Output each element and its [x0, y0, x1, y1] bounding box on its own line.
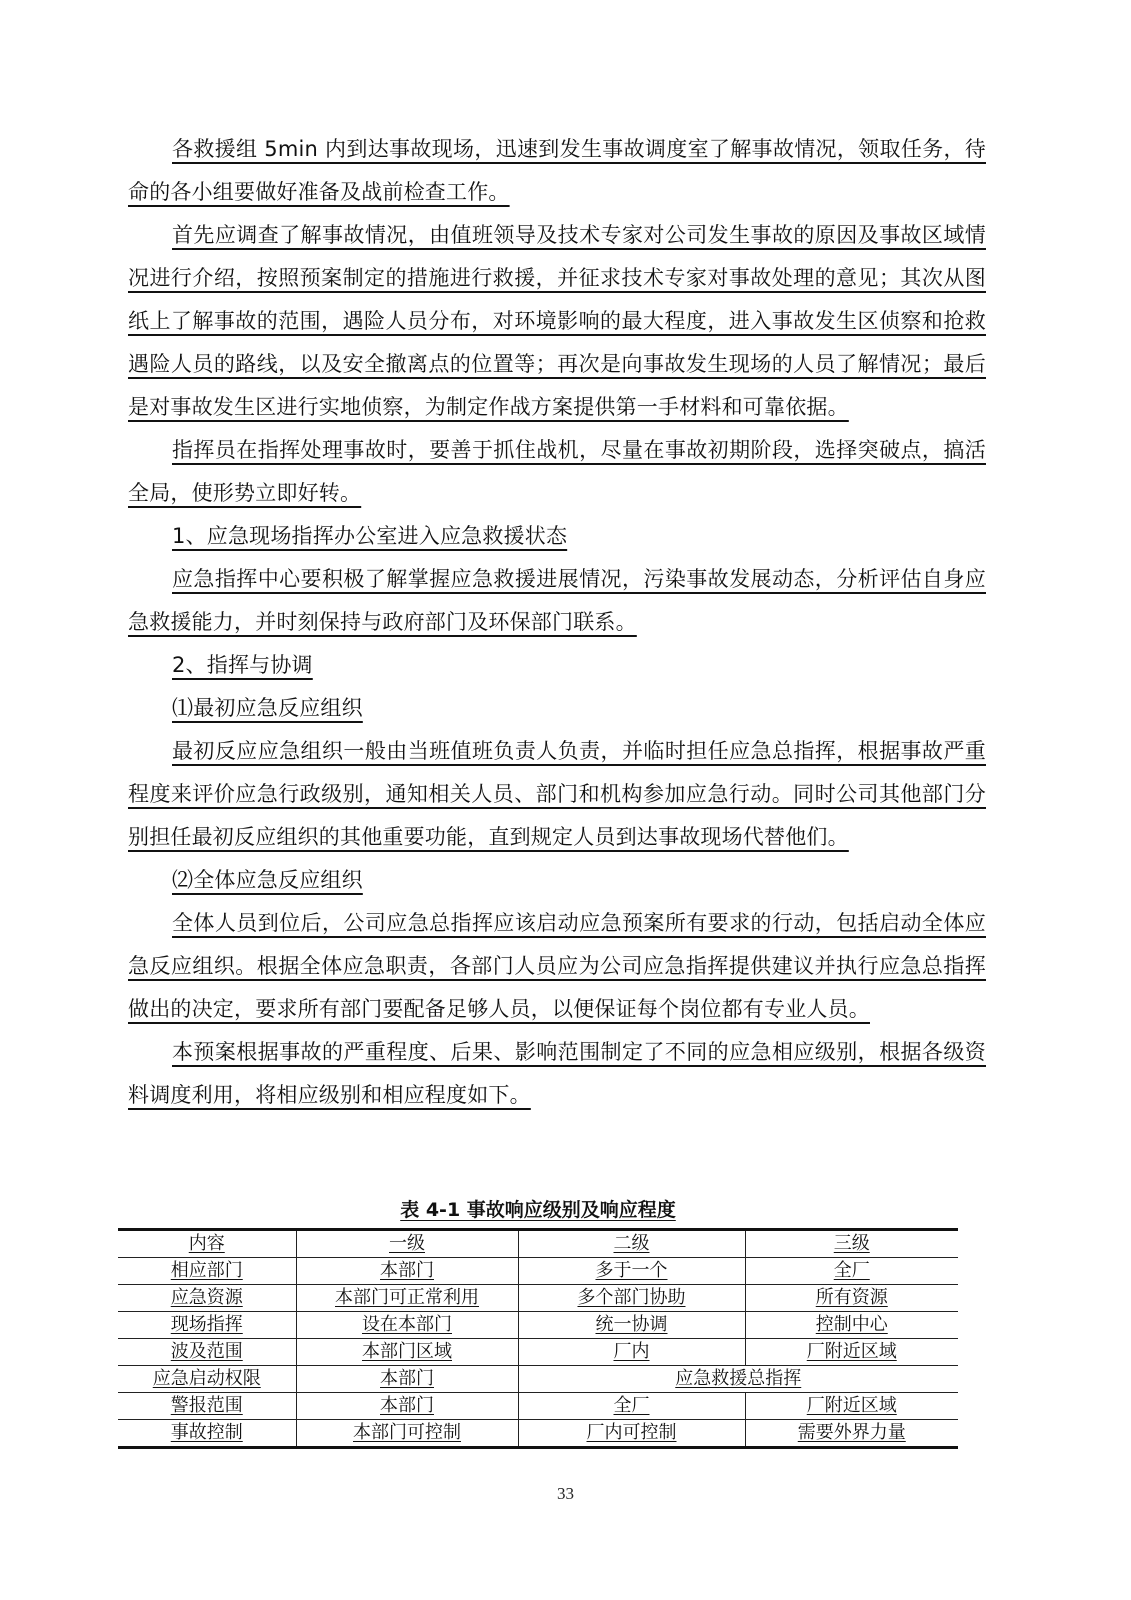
page-number: 33: [0, 1484, 1131, 1504]
paragraph-commander: 指挥员在指挥处理事故时，要善于抓住战机，尽量在事故初期阶段，选择突破点，搞活全局…: [128, 429, 986, 515]
table-row: 波及范围 本部门区域 厂内 厂附近区域: [118, 1339, 958, 1366]
paragraph-response-levels: 本预案根据事故的严重程度、后果、影响范围制定了不同的应急相应级别，根据各级资料调…: [128, 1031, 986, 1117]
paragraph-rescue-arrival: 各救援组 5min 内到达事故现场，迅速到发生事故调度室了解事故情况，领取任务，…: [128, 128, 986, 214]
table-cell: 现场指挥: [118, 1312, 296, 1339]
table-cell: 本部门: [296, 1258, 518, 1285]
table-row: 应急资源 本部门可正常利用 多个部门协助 所有资源: [118, 1285, 958, 1312]
heading-subsection-2: ⑵全体应急反应组织: [128, 859, 986, 902]
response-level-table: 内容 一级 二级 三级 相应部门 本部门 多于一个 全厂 应急资源 本部门可正常…: [118, 1228, 958, 1449]
heading-subsection-1: ⑴最初应急反应组织: [128, 687, 986, 730]
table-header-row: 内容 一级 二级 三级: [118, 1230, 958, 1258]
heading-section-1: 1、应急现场指挥办公室进入应急救援状态: [128, 515, 986, 558]
table-row: 事故控制 本部门可控制 厂内可控制 需要外界力量: [118, 1420, 958, 1448]
table-cell: 厂内可控制: [518, 1420, 745, 1448]
table-cell: 需要外界力量: [745, 1420, 958, 1448]
paragraph-command-center: 应急指挥中心要积极了解掌握应急救援进展情况，污染事故发展动态，分析评估自身应急救…: [128, 558, 986, 644]
table-row: 应急启动权限 本部门 应急救援总指挥: [118, 1366, 958, 1393]
paragraph-investigation: 首先应调查了解事故情况，由值班领导及技术专家对公司发生事故的原因及事故区域情况进…: [128, 214, 986, 429]
table-header-cell: 三级: [745, 1230, 958, 1258]
table-header-cell: 一级: [296, 1230, 518, 1258]
table-cell: 本部门: [296, 1393, 518, 1420]
table-cell: 统一协调: [518, 1312, 745, 1339]
table-cell: 厂附近区域: [745, 1393, 958, 1420]
heading-section-2: 2、指挥与协调: [128, 644, 986, 687]
table-cell: 厂附近区域: [745, 1339, 958, 1366]
table-cell: 设在本部门: [296, 1312, 518, 1339]
table-caption: 表 4-1 事故响应级别及响应程度: [118, 1196, 958, 1224]
table-cell: 全厂: [518, 1393, 745, 1420]
table-cell: 波及范围: [118, 1339, 296, 1366]
table-cell: 本部门区域: [296, 1339, 518, 1366]
table-cell: 警报范围: [118, 1393, 296, 1420]
table-cell: 事故控制: [118, 1420, 296, 1448]
table-cell: 本部门可正常利用: [296, 1285, 518, 1312]
table-cell: 本部门可控制: [296, 1420, 518, 1448]
table-cell-merged: 应急救援总指挥: [518, 1366, 958, 1393]
table-row: 相应部门 本部门 多于一个 全厂: [118, 1258, 958, 1285]
table-header-cell: 二级: [518, 1230, 745, 1258]
table-cell: 本部门: [296, 1366, 518, 1393]
paragraph-full-response: 全体人员到位后，公司应急总指挥应该启动应急预案所有要求的行动，包括启动全体应急反…: [128, 902, 986, 1031]
document-page: 各救援组 5min 内到达事故现场，迅速到发生事故调度室了解事故情况，领取任务，…: [0, 0, 1131, 1600]
table-cell: 多于一个: [518, 1258, 745, 1285]
table-cell: 全厂: [745, 1258, 958, 1285]
table-header-cell: 内容: [118, 1230, 296, 1258]
body-text: 各救援组 5min 内到达事故现场，迅速到发生事故调度室了解事故情况，领取任务，…: [128, 128, 986, 1117]
table-row: 现场指挥 设在本部门 统一协调 控制中心: [118, 1312, 958, 1339]
table-row: 警报范围 本部门 全厂 厂附近区域: [118, 1393, 958, 1420]
table-cell: 应急资源: [118, 1285, 296, 1312]
paragraph-initial-response: 最初反应应急组织一般由当班值班负责人负责，并临时担任应急总指挥，根据事故严重程度…: [128, 730, 986, 859]
table-cell: 所有资源: [745, 1285, 958, 1312]
table-cell: 控制中心: [745, 1312, 958, 1339]
table-cell: 应急启动权限: [118, 1366, 296, 1393]
table-cell: 相应部门: [118, 1258, 296, 1285]
table-cell: 多个部门协助: [518, 1285, 745, 1312]
table-cell: 厂内: [518, 1339, 745, 1366]
